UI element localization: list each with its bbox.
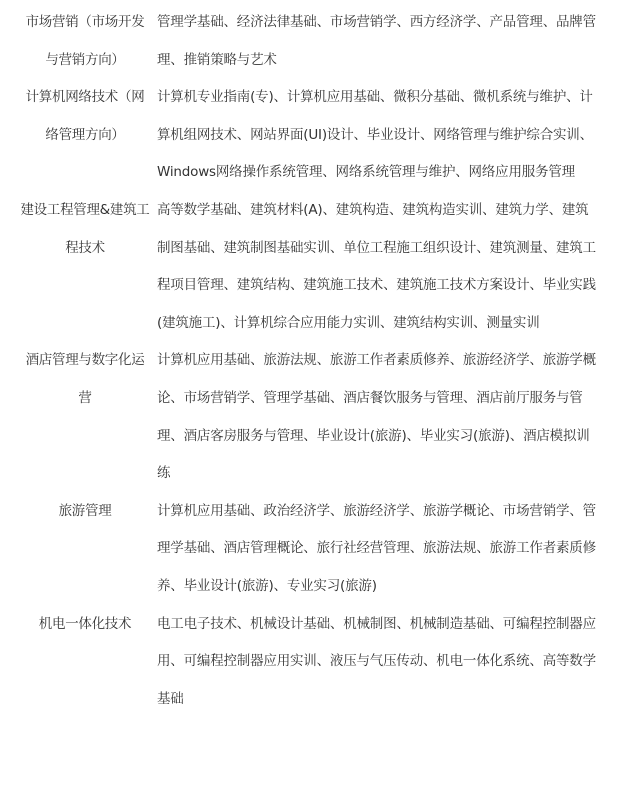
major-name: 机电一体化技术: [20, 606, 150, 644]
major-name: 市场营销（市场开发与营销方向）: [20, 4, 150, 79]
major-name: 计算机网络技术（网络管理方向）: [20, 79, 150, 154]
course-list: 管理学基础、经济法律基础、市场营销学、西方经济学、产品管理、品牌管理、推销策略与…: [157, 4, 597, 79]
table-row: 机电一体化技术 电工电子技术、机械设计基础、机械制图、机械制造基础、可编程控制器…: [0, 606, 640, 719]
major-name: 旅游管理: [20, 493, 150, 531]
table-row: 酒店管理与数字化运营 计算机应用基础、旅游法规、旅游工作者素质修养、旅游经济学、…: [0, 342, 640, 492]
course-list: 电工电子技术、机械设计基础、机械制图、机械制造基础、可编程控制器应用、可编程控制…: [157, 606, 597, 719]
table-row: 计算机网络技术（网络管理方向） 计算机专业指南(专)、计算机应用基础、微积分基础…: [0, 79, 640, 192]
course-list: 高等数学基础、建筑材料(A)、建筑构造、建筑构造实训、建筑力学、建筑制图基础、建…: [157, 192, 597, 342]
course-list: 计算机专业指南(专)、计算机应用基础、微积分基础、微机系统与维护、计算机组网技术…: [157, 79, 597, 192]
table-row: 旅游管理 计算机应用基础、政治经济学、旅游经济学、旅游学概论、市场营销学、管理学…: [0, 493, 640, 606]
major-courses-table: 市场营销（市场开发与营销方向） 管理学基础、经济法律基础、市场营销学、西方经济学…: [0, 4, 640, 718]
table-row: 市场营销（市场开发与营销方向） 管理学基础、经济法律基础、市场营销学、西方经济学…: [0, 4, 640, 79]
major-name: 建设工程管理&建筑工程技术: [20, 192, 150, 267]
table-row: 建设工程管理&建筑工程技术 高等数学基础、建筑材料(A)、建筑构造、建筑构造实训…: [0, 192, 640, 342]
major-name: 酒店管理与数字化运营: [20, 342, 150, 417]
course-list: 计算机应用基础、政治经济学、旅游经济学、旅游学概论、市场营销学、管理学基础、酒店…: [157, 493, 597, 606]
course-list: 计算机应用基础、旅游法规、旅游工作者素质修养、旅游经济学、旅游学概论、市场营销学…: [157, 342, 597, 492]
